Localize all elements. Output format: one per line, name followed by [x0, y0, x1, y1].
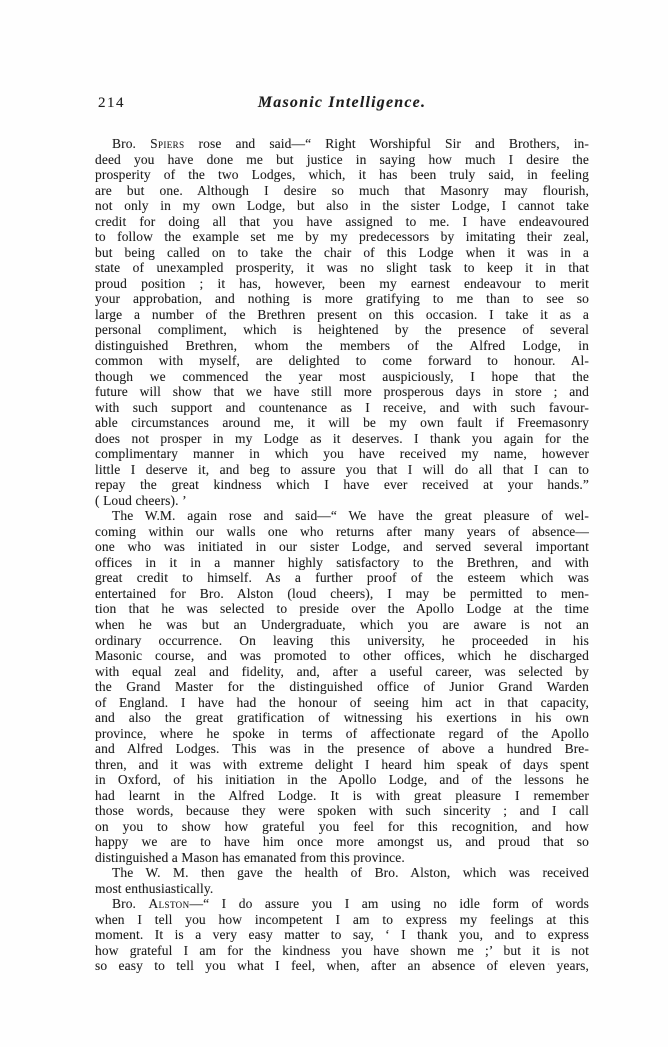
text-line: moment. It is a very easy matter to say,… [95, 927, 589, 943]
text-line: little I deserve it, and beg to assure y… [95, 462, 589, 478]
text-line: how grateful I am for the kindness you h… [95, 943, 589, 959]
text-line: thren, and it was with extreme delight I… [95, 757, 589, 773]
text-line: state of unexampled prosperity, it was n… [95, 260, 589, 276]
text-line: in Oxford, of his initiation in the Apol… [95, 772, 589, 788]
paragraph-health-toast: The W. M. then gave the health of Bro. A… [95, 865, 589, 896]
paragraph-wm-speech: The W.M. again rose and said—“ We have t… [95, 508, 589, 865]
text-line: when I tell you how incompetent I am to … [95, 912, 589, 928]
paragraph-spiers-speech: Bro. Spiers rose and said—“ Right Worshi… [95, 136, 589, 508]
running-title: Masonic Intelligence. [258, 94, 426, 111]
text-line: of England. I have had the honour of see… [95, 695, 589, 711]
text-line: distinguished a Mason has emanated from … [95, 850, 589, 866]
text-line: The W.M. again rose and said—“ We have t… [95, 508, 589, 524]
text-line: one who was initiated in our sister Lodg… [95, 539, 589, 555]
text-line: tion that he was selected to preside ove… [95, 601, 589, 617]
text-line: your approbation, and nothing is more gr… [95, 291, 589, 307]
text-line: personal compliment, which is heightened… [95, 322, 589, 338]
text-line: but being called on to take the chair of… [95, 245, 589, 261]
text-line: repay the great kindness which I have ev… [95, 477, 589, 493]
text-line: most enthusiastically. [95, 881, 589, 897]
text-line: the Grand Master for the distinguished o… [95, 679, 589, 695]
text-line: province, where he spoke in terms of aff… [95, 726, 589, 742]
text-line: with such support and countenance as I r… [95, 400, 589, 416]
text-line: and also the great gratification of witn… [95, 710, 589, 726]
text-line: Bro. Spiers rose and said—“ Right Worshi… [95, 136, 589, 152]
text-line: when he was but an Undergraduate, which … [95, 617, 589, 633]
speaker-name: Alston [149, 896, 190, 911]
text-line: proud position ; it has, however, been m… [95, 276, 589, 292]
text-line: on you to show how grateful you feel for… [95, 819, 589, 835]
text-line: Bro. Alston—“ I do assure you I am using… [95, 896, 589, 912]
text-line: distinguished Brethren, whom the members… [95, 338, 589, 354]
text-line: those words, because they were spoken wi… [95, 803, 589, 819]
text-line: are but one. Although I desire so much t… [95, 183, 589, 199]
text-line: entertained for Bro. Alston (loud cheers… [95, 586, 589, 602]
text-line: future will show that we have still more… [95, 384, 589, 400]
text-line: common with myself, are delighted to com… [95, 353, 589, 369]
text-line: though we commenced the year most auspic… [95, 369, 589, 385]
text-line: had learnt in the Alfred Lodge. It is wi… [95, 788, 589, 804]
text-line: to follow the example set me by my prede… [95, 229, 589, 245]
scanned-document-page: 214 Masonic Intelligence. Bro. Spiers ro… [0, 0, 668, 1047]
scan-noise: · -·:·· · [512, 960, 552, 969]
text-line: ( Loud cheers). ’ [95, 493, 589, 509]
text-line: large a number of the Brethren present o… [95, 307, 589, 323]
text-line: Masonic course, and was promoted to othe… [95, 648, 589, 664]
text-line: with equal zeal and fidelity, and, after… [95, 664, 589, 680]
text-line: prosperity of the two Lodges, which, it … [95, 167, 589, 183]
speaker-name: Spiers [150, 136, 184, 151]
text-line: complimentary manner in which you have r… [95, 446, 589, 462]
text-line: ordinary occurrence. On leaving this uni… [95, 633, 589, 649]
text-line: deed you have done me but justice in say… [95, 152, 589, 168]
text-line: does not prosper in my Lodge as it deser… [95, 431, 589, 447]
text-line: able circumstances around me, it will be… [95, 415, 589, 431]
running-header: 214 Masonic Intelligence. [95, 94, 589, 112]
text-line: great credit to himself. As a further pr… [95, 570, 589, 586]
page-number: 214 [98, 95, 125, 112]
text-line: not only in my own Lodge, but also in th… [95, 198, 589, 214]
text-line: The W. M. then gave the health of Bro. A… [95, 865, 589, 881]
text-line: credit for doing all that you have assig… [95, 214, 589, 230]
text-block: Bro. Spiers rose and said—“ Right Worshi… [95, 136, 589, 974]
text-line: offices in it in a manner highly satisfa… [95, 555, 589, 571]
text-line: happy we are to have him once more among… [95, 834, 589, 850]
text-line: coming within our walls one who returns … [95, 524, 589, 540]
text-line: and Alfred Lodges. This was in the prese… [95, 741, 589, 757]
